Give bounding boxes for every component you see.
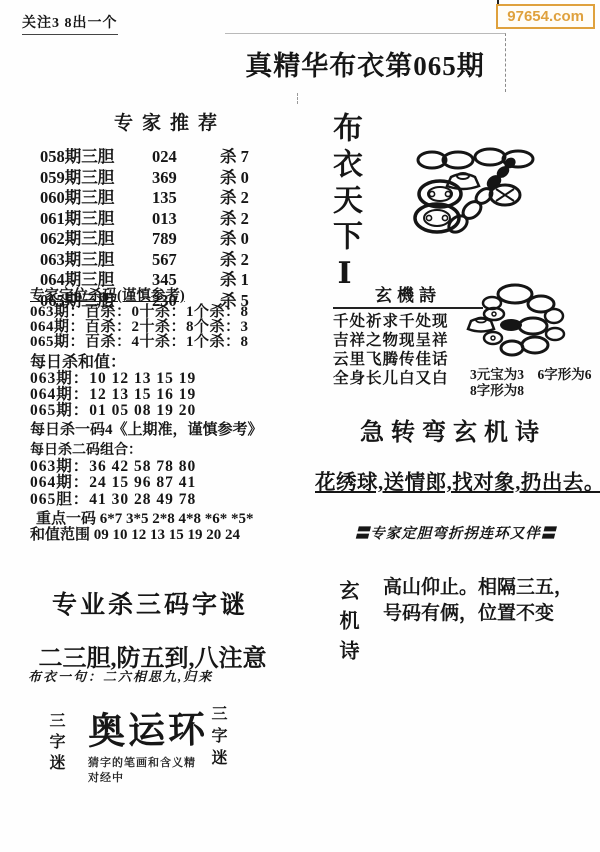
dan-value: 135 (152, 188, 220, 209)
sum-range-values: 09 10 12 13 15 19 20 24 (94, 527, 240, 543)
dan-value: 789 (152, 229, 220, 250)
kill-value: 杀 0 (220, 229, 310, 250)
key-one-code: 重点一码 6*7 3*5 2*8 4*8 *6* *5* (30, 511, 320, 528)
dan-value: 024 (152, 147, 220, 168)
kill-value: 杀 0 (220, 168, 310, 189)
xuanji-line: 号码有俩，位置不变 (383, 601, 593, 627)
riddle-note: 猜字的笔画和含义精 对经中 (88, 756, 196, 786)
section-title: 专家推荐 (30, 108, 310, 135)
poem-line: 全身长儿白又白 (333, 369, 483, 388)
riddle-note-line: 猜字的笔画和含义精 (88, 756, 196, 771)
expert-recommend-section: 专家推荐 058期三胆024杀 7 059期三胆369杀 0 060期三胆135… (30, 108, 310, 311)
kill-stats-section: 专家定位杀码(谨慎参考) 063期：百杀：0十杀：1个杀：8 064期：百杀：2… (30, 288, 320, 544)
daily-one-code: 每日杀一码4《上期准，谨慎参考》 (30, 422, 320, 439)
issue-label: 060期三胆 (40, 188, 152, 209)
daily-sum-title: 每日杀和值： (30, 354, 320, 371)
key-one-code-values: 6*7 3*5 2*8 4*8 *6* *5* (100, 511, 254, 527)
site-watermark-link[interactable]: 97654.com (496, 4, 595, 29)
three-char-riddle-right-label: 三字迷 (206, 705, 229, 791)
sharp-turn-line: 花绣球,送情郎,找对象,扔出去。 (315, 465, 595, 495)
table-row: 058期三胆024杀 7 (40, 147, 310, 168)
two-code-title: 每日杀二码组合： (30, 442, 320, 459)
coin-ring-sketch-icon (463, 281, 578, 369)
kill-three-title: 专业杀三码字谜 (35, 585, 265, 621)
position-kill-title: 专家定位杀码(谨慎参考) (30, 288, 320, 305)
dan-value: 369 (152, 168, 220, 189)
daily-sum-row: 064期：12 13 15 16 19 (30, 387, 320, 403)
two-code-row: 063期：36 42 58 78 80 (30, 459, 320, 475)
expert-dan-divider: 〓专家定胆弯折拐连环又伴〓 (318, 522, 593, 543)
xuanji-vertical-title: 玄机诗 (333, 580, 362, 700)
title-box: 真精华布衣第065期 (225, 33, 506, 92)
xuanji-line: 高山仰止。相隔三五， (383, 575, 593, 601)
daily-sum-row: 063期：10 12 13 15 19 (30, 371, 320, 387)
dan-value: 013 (152, 209, 220, 230)
position-kill-row: 063期：百杀：0十杀：1个杀：8 (30, 305, 320, 320)
sum-range-label: 和值范围 (30, 527, 90, 543)
three-char-riddle-answer: 奥运环 (88, 699, 209, 755)
issue-label: 058期三胆 (40, 147, 152, 168)
coin-caption-2: 8字形为8 (470, 379, 524, 399)
poem-line: 吉祥之物现呈祥 (333, 331, 483, 350)
scan-mark-dash (297, 93, 298, 104)
mystery-poem-section: 玄機詩 千处祈求千处现 吉祥之物现呈祥 云里飞腾传佳话 全身长儿白又白 (333, 281, 483, 388)
issue-label: 061期三胆 (40, 209, 152, 230)
xuanji-text: 高山仰止。相隔三五， 号码有俩，位置不变 (383, 575, 593, 627)
table-row: 061期三胆013杀 2 (40, 209, 310, 230)
issue-label: 063期三胆 (40, 250, 152, 271)
poem-line: 云里飞腾传佳话 (333, 350, 483, 369)
two-code-row: 065胆：41 30 28 49 78 (30, 492, 320, 508)
table-row: 059期三胆369杀 0 (40, 168, 310, 189)
dan-value: 567 (152, 250, 220, 271)
top-note: 关注3 8出一个 (22, 12, 118, 35)
sum-range: 和值范围 09 10 12 13 15 19 20 24 (30, 527, 320, 544)
poem-line: 千处祈求千处现 (333, 312, 483, 331)
issue-label: 062期三胆 (40, 229, 152, 250)
page-title: 真精华布衣第065期 (245, 44, 485, 83)
kill-value: 杀 2 (220, 250, 310, 271)
position-kill-row: 065期：百杀：4十杀：1个杀：8 (30, 335, 320, 350)
riddle-note-line: 对经中 (88, 771, 196, 786)
buyi-sentence: 布衣一句：二六相思九,归来 (28, 666, 213, 685)
kill-value: 杀 2 (220, 188, 310, 209)
daily-sum-row: 065期：01 05 08 19 20 (30, 403, 320, 419)
mystery-poem-title: 玄機詩 (333, 281, 483, 309)
table-row: 063期三胆567杀 2 (40, 250, 310, 271)
lottery-tip-sheet: 关注3 8出一个 97654.com 真精华布衣第065期 专家推荐 058期三… (0, 0, 600, 852)
two-code-row: 064期：24 15 96 87 41 (30, 475, 320, 491)
key-one-code-label: 重点一码 (36, 511, 96, 527)
coins-and-ingot-sketch-icon (388, 132, 584, 272)
table-row: 060期三胆135杀 2 (40, 188, 310, 209)
sharp-turn-title: 急转弯玄机诗 (318, 412, 588, 447)
kill-value: 杀 2 (220, 209, 310, 230)
kill-value: 杀 7 (220, 147, 310, 168)
issue-label: 059期三胆 (40, 168, 152, 189)
expert-table: 058期三胆024杀 7 059期三胆369杀 0 060期三胆135杀 2 0… (30, 147, 310, 311)
three-char-riddle-left-label: 三字迷 (44, 712, 67, 792)
table-row: 062期三胆789杀 0 (40, 229, 310, 250)
